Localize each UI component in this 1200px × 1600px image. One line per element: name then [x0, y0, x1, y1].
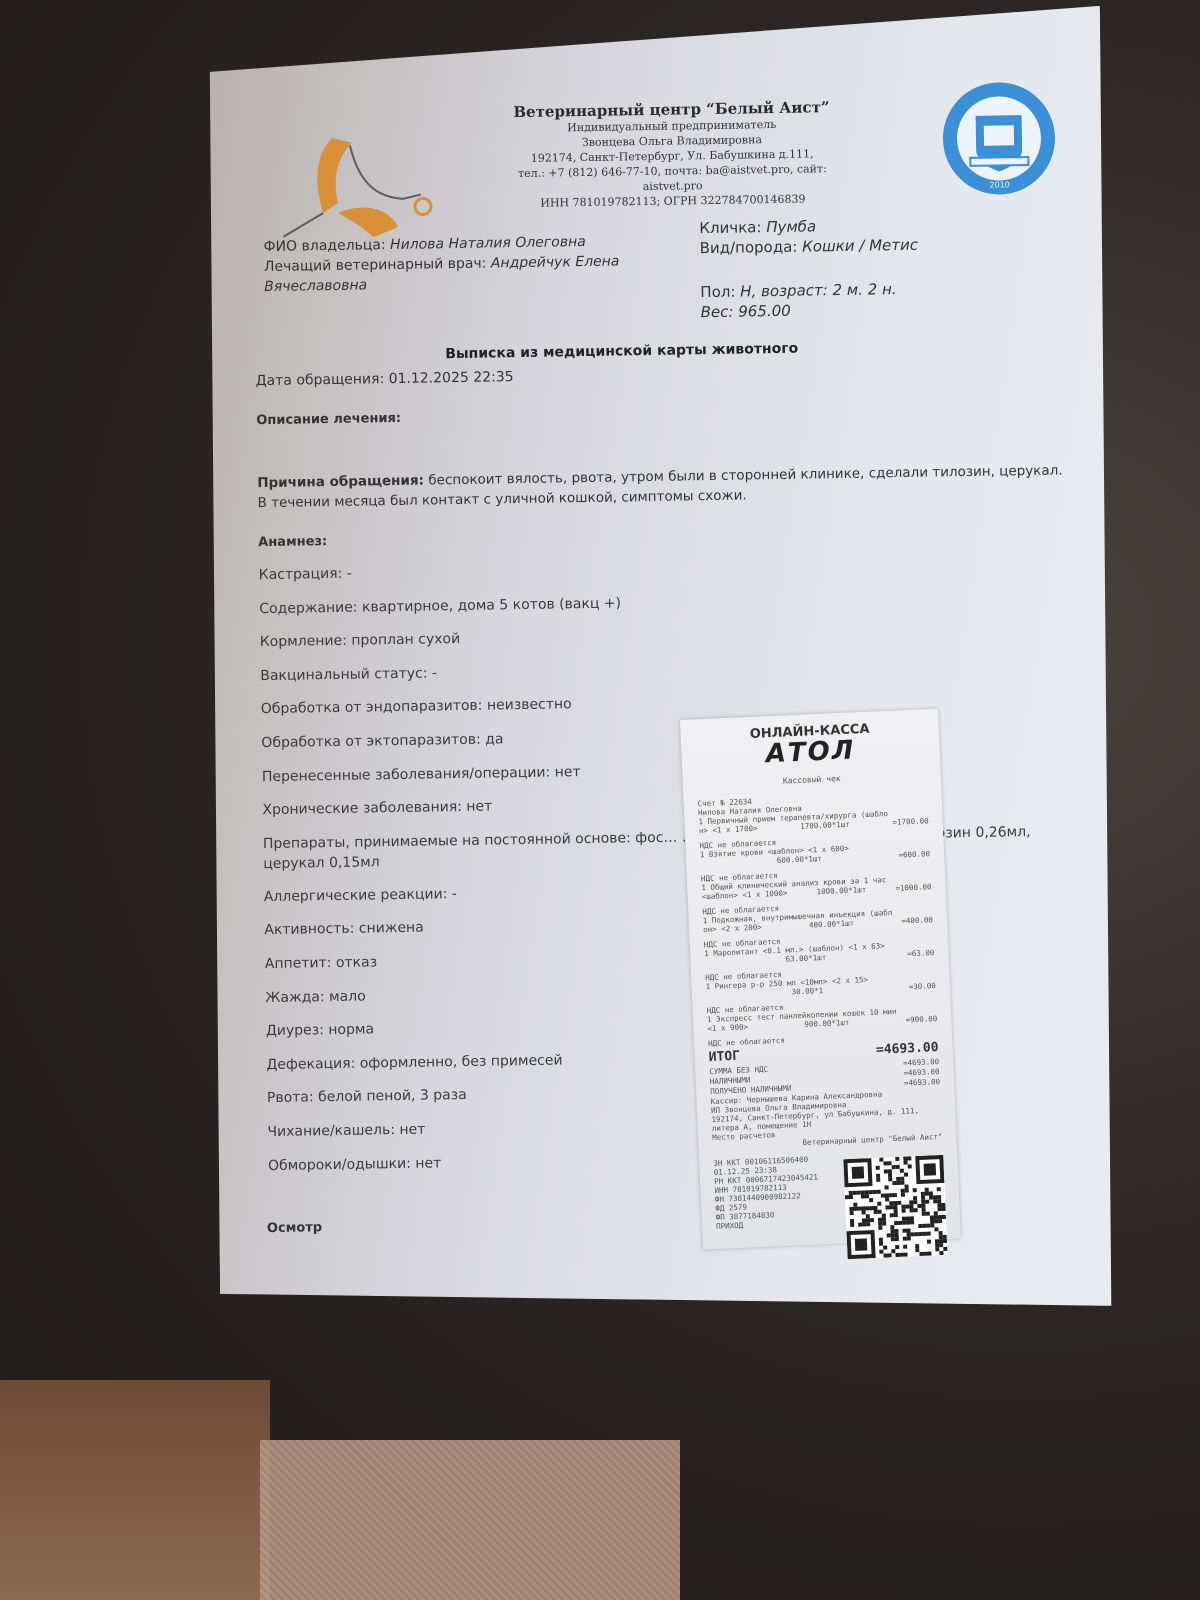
receipt-items: 1 Первичный прием терапевта/хирурга (шаб…	[698, 807, 937, 1034]
reason-label: Причина обращения:	[257, 473, 424, 492]
cash-receipt: ОНЛАЙН-КАССА АТОЛ Кассовый чек Счет № 22…	[680, 709, 961, 1250]
receipt-fiscal-block: ЗН ККТ 0010611650640001.12.25 23:38РН КК…	[713, 1149, 947, 1265]
receipt-item: НДС не облагается1 Общий клинический ана…	[701, 864, 932, 902]
receipt-item: НДС не облагается1 Маропитант <0.1 мл.> …	[704, 930, 935, 968]
medical-record-sheet: Ветеринарный центр “Белый Аист” Индивиду…	[200, 6, 1120, 1320]
pet-weight: 965.00	[738, 302, 791, 321]
owner-name: Нилова Наталия Олеговна	[390, 234, 586, 253]
receipt-item: НДС не облагается1 Рингера р-р 250 мл <1…	[705, 963, 936, 1001]
pet-breed: Кошки / Метис	[802, 236, 918, 256]
document-title: Выписка из медицинской карты животного	[445, 341, 798, 363]
anamnesis-list: Кастрация: - Содержание: квартирное, дом…	[259, 552, 1089, 1189]
receipt-item: НДС не облагается1 Подкожная, внутримыше…	[702, 897, 933, 935]
doctor-field: Лечащий ветеринарный врач: Андрейчук Еле…	[264, 250, 685, 297]
receipt-item: НДС не облагается1 Взятие крови <шаблон>…	[699, 831, 930, 869]
exam-heading: Осмотр	[267, 1220, 322, 1236]
owner-doctor-info: ФИО владельца: Нилова Наталия Олеговна Л…	[263, 230, 684, 297]
stork-logo-icon	[262, 116, 434, 249]
receipt-item: НДС не облагается1 Экспресс тест панлейк…	[707, 996, 938, 1034]
receipt-total-value: =4693.00	[876, 1040, 939, 1058]
receipt-fiscal-data: ЗН ККТ 0010611650640001.12.25 23:38РН КК…	[713, 1153, 847, 1265]
carpet	[260, 1440, 680, 1600]
clinic-header: Ветеринарный центр “Белый Аист” Индивиду…	[501, 98, 843, 211]
treatment-heading: Описание лечения:	[256, 411, 401, 428]
pet-info: Кличка: Пумба Вид/порода: Кошки / Метис …	[699, 213, 1031, 322]
floor	[0, 1380, 270, 1600]
association-seal-icon: 2010	[939, 79, 1059, 199]
visit-date: Дата обращения: 01.12.2025 22:35	[256, 369, 514, 389]
anamnesis-heading: Анамнез:	[258, 534, 327, 550]
receipt-type: Кассовый чек	[697, 770, 927, 789]
visit-reason: Причина обращения: беспокоит вялость, рв…	[257, 460, 1068, 513]
pet-weight-field: Вес: 965.00	[700, 297, 1030, 322]
pet-name: Пумба	[766, 217, 816, 236]
qr-code-icon[interactable]	[843, 1155, 947, 1259]
svg-text:2010: 2010	[989, 180, 1009, 189]
pet-sex-age: Н, возраст: 2 м. 2 н.	[740, 280, 897, 300]
